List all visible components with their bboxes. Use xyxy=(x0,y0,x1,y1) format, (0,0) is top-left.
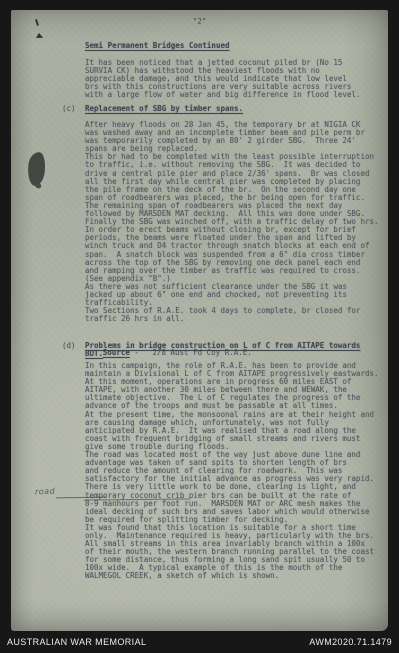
section-c-body: After heavy floods on 28 Jan 45, the tem… xyxy=(85,121,379,323)
page-number: "2" xyxy=(11,17,388,26)
section-d-heading: Problems in bridge construction on L of … xyxy=(85,342,360,358)
archive-name: AUSTRALIAN WAR MEMORIAL xyxy=(7,637,146,647)
page-title: Semi Permanent Bridges Continued xyxy=(85,42,230,50)
section-c-label: (c) xyxy=(62,105,76,113)
document-page: "2" Semi Permanent Bridges Continued It … xyxy=(11,10,388,631)
intro-paragraph: It has been noticed that a jetted coconu… xyxy=(85,59,360,99)
section-d-body: In this campaign, the role of R.A.E. has… xyxy=(85,362,379,581)
archive-id: AWM2020.71.1479 xyxy=(309,637,392,647)
section-d-label: (d) xyxy=(62,342,76,350)
section-c-heading: Replacement of SBG by timber spans. xyxy=(85,105,243,113)
pencil-arrow-icon xyxy=(36,33,44,41)
caption-bar: AUSTRALIAN WAR MEMORIAL AWM2020.71.1479 xyxy=(0,631,399,653)
ink-blot xyxy=(26,151,46,187)
margin-annotation: road xyxy=(35,487,55,497)
